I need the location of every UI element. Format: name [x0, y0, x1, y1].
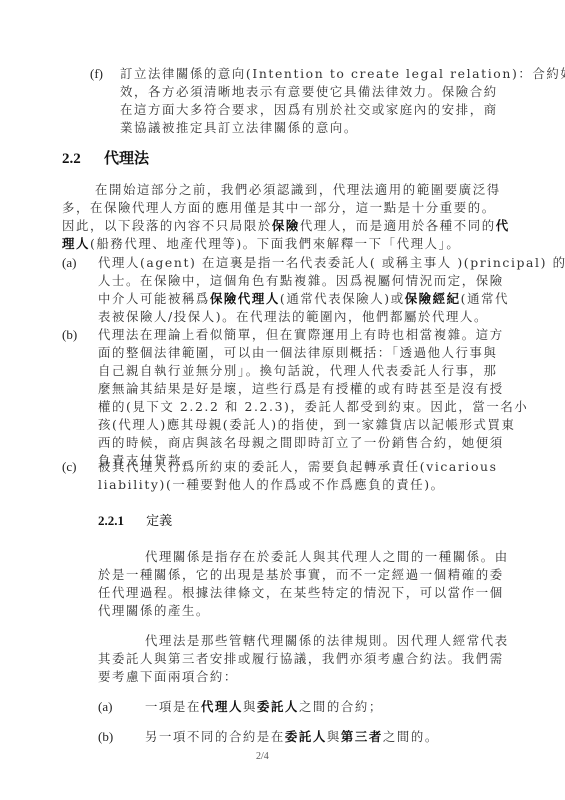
text-line: 人士。在保險中，這個角色有點複雜。因爲視屬何情況而定，保險	[98, 272, 504, 290]
text-line: 代理關係是指存在於委託人與其代理人之間的一種關係。由	[145, 548, 509, 566]
text-line: 面的整個法律範圍，可以由一個法律原則概括：「透過他人行事與	[98, 344, 498, 362]
text-line: 代理法是那些管轄代理關係的法律規則。因代理人經常代表	[145, 632, 509, 650]
text-line: 代理法在理論上看似簡單，但在實際運用上有時也相當複雜。這方	[98, 326, 504, 344]
bold-term: 保險	[272, 218, 300, 233]
text-span: (船務代理、地產代理等)。下面我們來解釋一下「代理人」。	[90, 236, 460, 251]
bold-term: 委託人	[257, 699, 299, 714]
text-line: 理人(船務代理、地產代理等)。下面我們來解釋一下「代理人」。	[62, 235, 460, 253]
text-line: 因此，以下段落的內容不只局限於保險代理人，而是適用於各種不同的代	[62, 217, 510, 235]
text-line: 業協議被推定具訂立法律關係的意向。	[120, 119, 358, 137]
text-line: 被其代理人行爲所約束的委託人，需要負起轉承責任(vicarious	[98, 458, 498, 476]
text-line: 孩(代理人)應其母親(委託人)的指使，到一家雜貨店以記帳形式買東	[98, 416, 515, 434]
text-line: 自己親自執行並無分別」。換句話說，代理人代表委託人行事，那	[98, 362, 498, 380]
subsection-number: 2.2.1	[98, 513, 124, 528]
subsection-title: 定義	[146, 514, 172, 529]
subsection-heading: 2.2.1 定義	[98, 512, 172, 531]
text-span: 另一項不同的合約是在	[145, 729, 285, 744]
text-line: 效，各方必須清晰地表示有意要使它具備法律效力。保險合約	[120, 83, 498, 101]
text-span: 之間的。	[383, 729, 439, 744]
page-number: 2/4	[256, 751, 269, 762]
bold-term: 保險代理人	[210, 291, 280, 306]
text-line: 多，在保險代理人方面的應用僅是其中一部分，這一點是十分重要的。	[62, 199, 496, 217]
text-line: 代理人(agent) 在這裏是指一名代表委託人( 或稱主事人 )(princip…	[98, 254, 565, 272]
text-line: 訂立法律關係的意向(Intention to create legal rela…	[120, 65, 565, 83]
bold-term: 保險經紀	[405, 291, 461, 306]
text-line: 麼無論其結果是好是壞，這些行爲是有授權的或有時甚至是沒有授	[98, 380, 504, 398]
list-label: (b)	[98, 728, 113, 746]
bold-term: 代理人	[201, 699, 243, 714]
text-span: 與	[327, 729, 341, 744]
text-line: 一項是在代理人與委託人之間的合約；	[145, 698, 383, 716]
list-label: (b)	[62, 326, 77, 344]
text-line: 於是一種關係，它的出現是基於事實，而不一定經過一個精確的委	[98, 566, 504, 584]
text-line: 權的(見下文 2.2.2 和 2.2.3)，委託人都受到約束。因此，當一名小	[98, 398, 528, 416]
text-span: 一項是在	[145, 699, 201, 714]
text-line: 在這方面大多符合要求，因爲有別於社交或家庭內的安排，商	[120, 101, 498, 119]
text-span: (通常代	[461, 291, 509, 306]
list-label: (c)	[62, 458, 76, 476]
list-label: (f)	[90, 65, 103, 83]
list-label: (a)	[98, 698, 112, 716]
text-span: 代理人，而是適用於各種不同的	[300, 218, 496, 233]
text-span: 之間的合約；	[299, 699, 383, 714]
section-title: 代理法	[104, 149, 149, 167]
section-number: 2.2	[62, 151, 81, 167]
text-line: 任代理過程。根據法律條文，在某些特定的情況下，可以當作一個	[98, 584, 504, 602]
bold-term: 理人	[62, 236, 90, 251]
text-span: 與	[243, 699, 257, 714]
text-span: (通常代表保險人)或	[280, 291, 405, 306]
text-line: 中介人可能被稱爲保險代理人(通常代表保險人)或保險經紀(通常代	[98, 290, 509, 308]
text-line: 在開始這部分之前，我們必須認識到，代理法適用的範圍要廣泛得	[95, 181, 501, 199]
bold-term: 代	[496, 218, 510, 233]
text-line: 另一項不同的合約是在委託人與第三者之間的。	[145, 728, 439, 746]
text-line: 西的時候，商店與該名母親之間即時訂立了一份銷售合約，她便須	[98, 434, 504, 452]
bold-term: 第三者	[341, 729, 383, 744]
section-heading: 2.2 代理法	[62, 148, 149, 169]
text-span: 因此，以下段落的內容不只局限於	[62, 218, 272, 233]
text-span: 中介人可能被稱爲	[98, 291, 210, 306]
text-line: 其委託人與第三者安排或履行協議，我們亦須考慮合約法。我們需	[98, 650, 504, 668]
list-label: (a)	[62, 254, 76, 272]
text-line: 代理關係的產生。	[98, 602, 210, 620]
text-line: liability)(一種要對他人的作爲或不作爲應負的責任)。	[98, 476, 445, 494]
bold-term: 委託人	[285, 729, 327, 744]
text-line: 要考慮下面兩項合約：	[98, 668, 238, 686]
text-line: 表被保險人/投保人)。在代理法的範圍內，他們都屬於代理人。	[98, 308, 488, 326]
